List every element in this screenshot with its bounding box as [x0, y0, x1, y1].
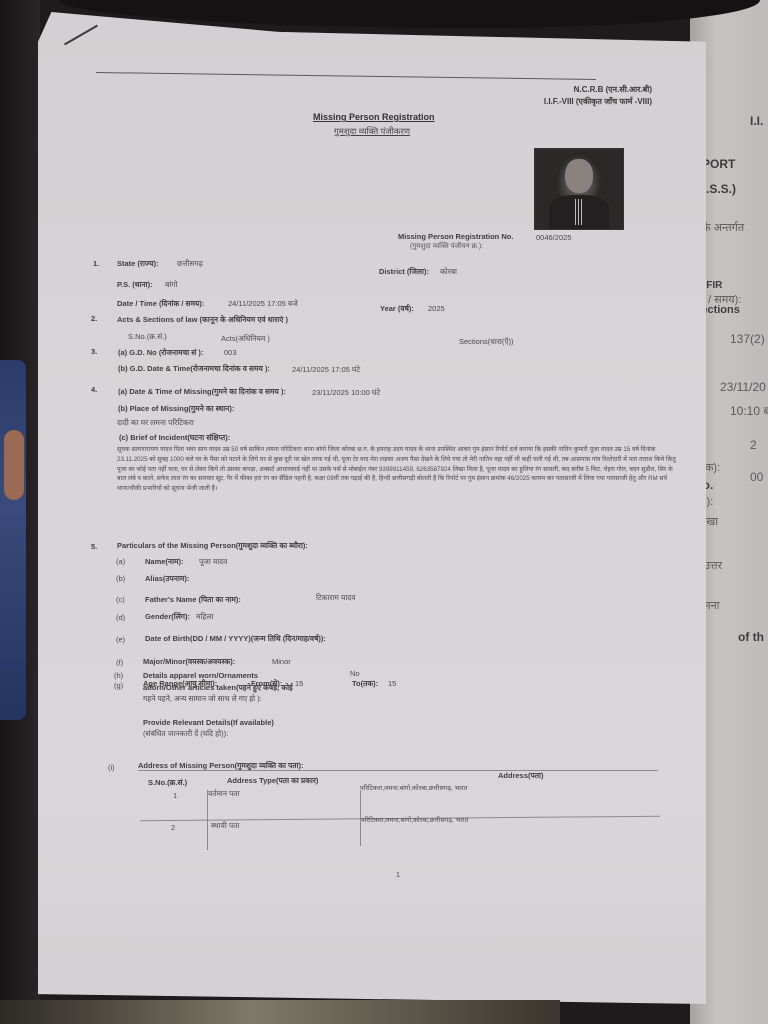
district-value: कोरबा	[440, 267, 457, 277]
background-table-edge	[0, 1000, 560, 1024]
address-row-1-address: परिटिकरा,लमना,बांगो,कोरबा,छत्तीसगढ़, भार…	[360, 783, 467, 792]
missing-datetime-value: 23/11/2025 10:00 घंटे	[312, 388, 380, 398]
apparel-label-line2: adorn/Other articles taken(पहने हुए कपड़…	[143, 683, 293, 693]
field-key-alias: (b)	[116, 574, 125, 583]
place-of-missing-value: दादी का घर लमना परिटिकरा	[117, 418, 194, 428]
address-row-1-type: वर्तमान पता	[208, 789, 240, 799]
age-to-value: 15	[388, 679, 396, 688]
field-key-gender: (d)	[116, 613, 125, 622]
ncrb-code: N.C.R.B (एन.सी.आर.बी)	[574, 84, 652, 95]
background-photo-card	[0, 360, 26, 720]
relevant-details-label-hindi: (संबंधित जानकारी दें (यदि हो)):	[143, 729, 228, 739]
gd-no-label: (a) G.D. No (रोजनामचा सं ):	[118, 348, 203, 358]
section-4-number: 4.	[91, 385, 97, 394]
major-minor-label: Major/Minor(वयस्क/अवयस्क):	[143, 657, 235, 667]
page-number: 1	[396, 872, 400, 879]
ps-label: P.S. (थाना):	[117, 280, 153, 290]
gender-label: Gender(लिंग):	[145, 612, 190, 622]
father-name-value: टिकाराम यादव	[316, 593, 355, 603]
acts-col-acts: Acts(अधिनियम )	[221, 334, 270, 344]
photo-collar	[575, 199, 583, 225]
back-text: उत्तर	[704, 558, 722, 573]
alias-label: Alias(उपनाम):	[145, 574, 189, 584]
back-text: 00	[750, 470, 763, 484]
back-text: 137(2)	[730, 332, 765, 346]
age-to-label: To(तक):	[352, 679, 378, 689]
section-2-number: 2.	[91, 314, 97, 323]
address-col-address: Address(पता)	[498, 771, 543, 781]
particulars-label: Particulars of the Missing Person(गुमशुद…	[117, 541, 308, 551]
address-row-2-type: स्थायी पता	[211, 821, 239, 831]
datetime-label: Date / Time (दिनांक / समय):	[117, 299, 204, 309]
apparel-label-line3: गहने पहने, अन्य सामान जो साथ ले गए हो ):	[143, 694, 262, 704]
back-text: 10:10 ब	[730, 402, 768, 419]
acts-col-sections: Sections(धारा(एँ))	[459, 337, 513, 347]
year-label: Year (वर्ष):	[380, 304, 414, 314]
registration-no-label-hindi: (गुमशुदा व्यक्ति पंजीयन क्र.):	[410, 242, 483, 251]
address-col-sno: S.No.(क्र.सं.)	[148, 778, 187, 788]
major-minor-value: Minor	[272, 657, 291, 666]
name-label: Name(नाम):	[145, 557, 184, 567]
page-title: Missing Person Registration	[313, 112, 435, 122]
father-name-label: Father's Name (पिता का नाम):	[145, 595, 241, 605]
address-key: (i)	[108, 763, 115, 772]
field-key-name: (a)	[116, 557, 125, 566]
brief-of-incident-text: सूचक सत्यनारायण यादव पिता भवर साय यादव उ…	[117, 445, 679, 494]
back-text: of th	[738, 630, 764, 644]
back-text: मना	[704, 598, 720, 613]
ps-value: बांगो	[165, 280, 177, 290]
age-from-value: 15	[295, 679, 303, 688]
address-row-2-sno: 2	[171, 823, 175, 832]
field-key-father: (c)	[116, 595, 125, 604]
address-table-top-border	[138, 770, 658, 771]
section-3-number: 3.	[91, 347, 97, 356]
background-face	[4, 430, 24, 500]
acts-sections-label: Acts & Sections of law (कानून के अधिनियम…	[117, 315, 288, 325]
back-text: 23/11/20	[720, 380, 766, 394]
photo-face	[565, 159, 593, 193]
registration-no-value: 0046/2025	[536, 233, 571, 242]
apparel-label-line1: Details apparel worn/Ornaments	[143, 671, 258, 680]
gd-datetime-value: 24/11/2025 17:05 घंटे	[292, 365, 360, 375]
apparel-key-label: (h)	[114, 671, 123, 680]
address-col-divider-1	[207, 790, 208, 850]
acts-col-sno: S.No.(क्र.सं.)	[128, 332, 167, 342]
iif-code: I.I.F.-VIII (एकीकृत जाँच फार्म -VIII)	[544, 96, 652, 107]
section-1-number: 1.	[93, 259, 99, 268]
district-label: District (जिला):	[379, 267, 429, 277]
gender-value: महिला	[196, 612, 213, 622]
name-value: पूजा यादव	[199, 557, 227, 567]
back-text: I.I.	[750, 114, 763, 128]
gd-no-value: 003	[224, 348, 237, 357]
datetime-value: 24/11/2025 17:05 बजे	[228, 299, 298, 309]
registration-no-label: Missing Person Registration No.	[398, 232, 513, 241]
place-of-missing-label: (b) Place of Missing(गुमने का स्थान):	[118, 404, 234, 414]
gd-datetime-label: (b) G.D. Date & Time(रोजनामचा दिनांक व स…	[118, 364, 270, 374]
address-row-2-address: परिटिकरा,लमना,बांगो,कोरबा,छत्तीसगढ़, भार…	[361, 815, 468, 824]
missing-datetime-label: (a) Date & Time of Missing(गुमने का दिना…	[118, 387, 286, 397]
person-photo	[534, 148, 624, 230]
brief-of-incident-label: (c) Brief of Incident(घटना संक्षिप्त):	[119, 433, 230, 443]
address-row-1-sno: 1	[173, 791, 177, 800]
state-label: State (राज्य):	[117, 259, 159, 269]
section-5-number: 5.	[91, 542, 97, 551]
state-value: छत्तीसगढ़	[177, 259, 203, 269]
dob-label: Date of Birth(DD / MM / YYYY)(जन्म तिथि …	[145, 634, 326, 644]
field-key-age-range: (g)	[114, 681, 123, 690]
back-text: 2	[750, 438, 757, 452]
apparel-value: No	[350, 669, 360, 678]
field-key-dob: (e)	[116, 635, 125, 644]
field-key-major-minor: (f)	[116, 658, 123, 667]
relevant-details-label: Provide Relevant Details(If available)	[143, 718, 274, 727]
page-title-hindi: गुमशुदा व्यक्ति पंजीकरण	[334, 126, 410, 137]
address-col-type: Address Type(पता का प्रकार)	[227, 776, 318, 786]
year-value: 2025	[428, 304, 445, 313]
